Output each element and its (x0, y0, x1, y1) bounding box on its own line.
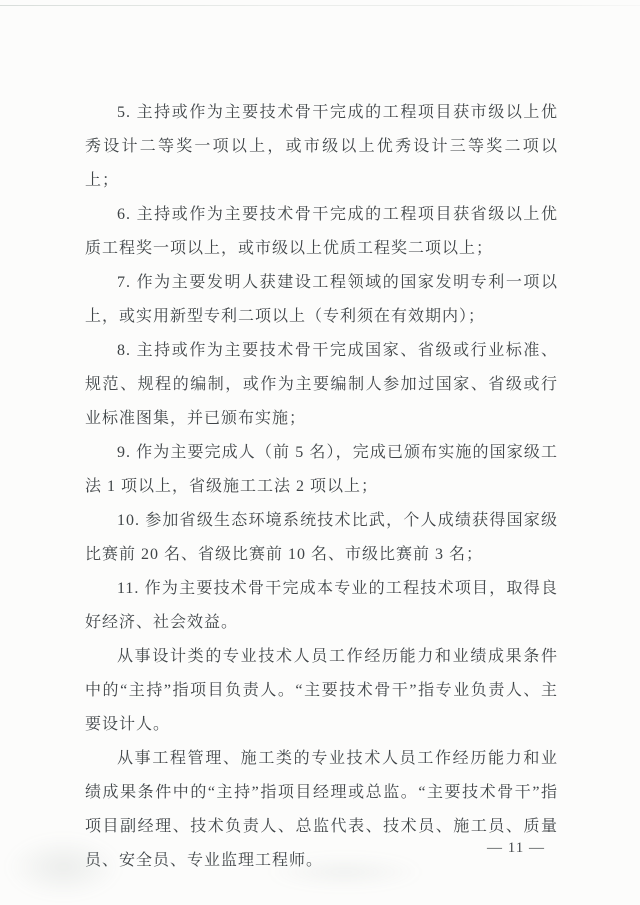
list-item-6: 6. 主持或作为主要技术骨干完成的工程项目获省级以上优质工程奖一项以上，或市级以… (85, 198, 558, 266)
paragraph-management-roles: 从事工程管理、施工类的专业技术人员工作经历能力和业绩成果条件中的“主持”指项目经… (85, 742, 558, 878)
document-body: 5. 主持或作为主要技术骨干完成的工程项目获市级以上优秀设计二等奖一项以上，或市… (85, 96, 558, 878)
list-item-9: 9. 作为主要完成人（前 5 名），完成已颁布实施的国家级工法 1 项以上，省级… (85, 436, 558, 504)
page-number: — 11 — (478, 840, 554, 857)
paragraph-design-roles: 从事设计类的专业技术人员工作经历能力和业绩成果条件中的“主持”指项目负责人。“主… (85, 640, 558, 742)
list-item-7: 7. 作为主要发明人获建设工程领域的国家发明专利一项以上，或实用新型专利二项以上… (85, 266, 558, 334)
scan-edge-artifact (0, 5, 640, 6)
list-item-10: 10. 参加省级生态环境系统技术比武，个人成绩获得国家级比赛前 20 名、省级比… (85, 504, 558, 572)
list-item-11: 11. 作为主要技术骨干完成本专业的工程技术项目，取得良好经济、社会效益。 (85, 572, 558, 640)
list-item-5: 5. 主持或作为主要技术骨干完成的工程项目获市级以上优秀设计二等奖一项以上，或市… (85, 96, 558, 198)
scanned-document-page: 5. 主持或作为主要技术骨干完成的工程项目获市级以上优秀设计二等奖一项以上，或市… (0, 0, 640, 905)
list-item-8: 8. 主持或作为主要技术骨干完成国家、省级或行业标准、规范、规程的编制，或作为主… (85, 334, 558, 436)
